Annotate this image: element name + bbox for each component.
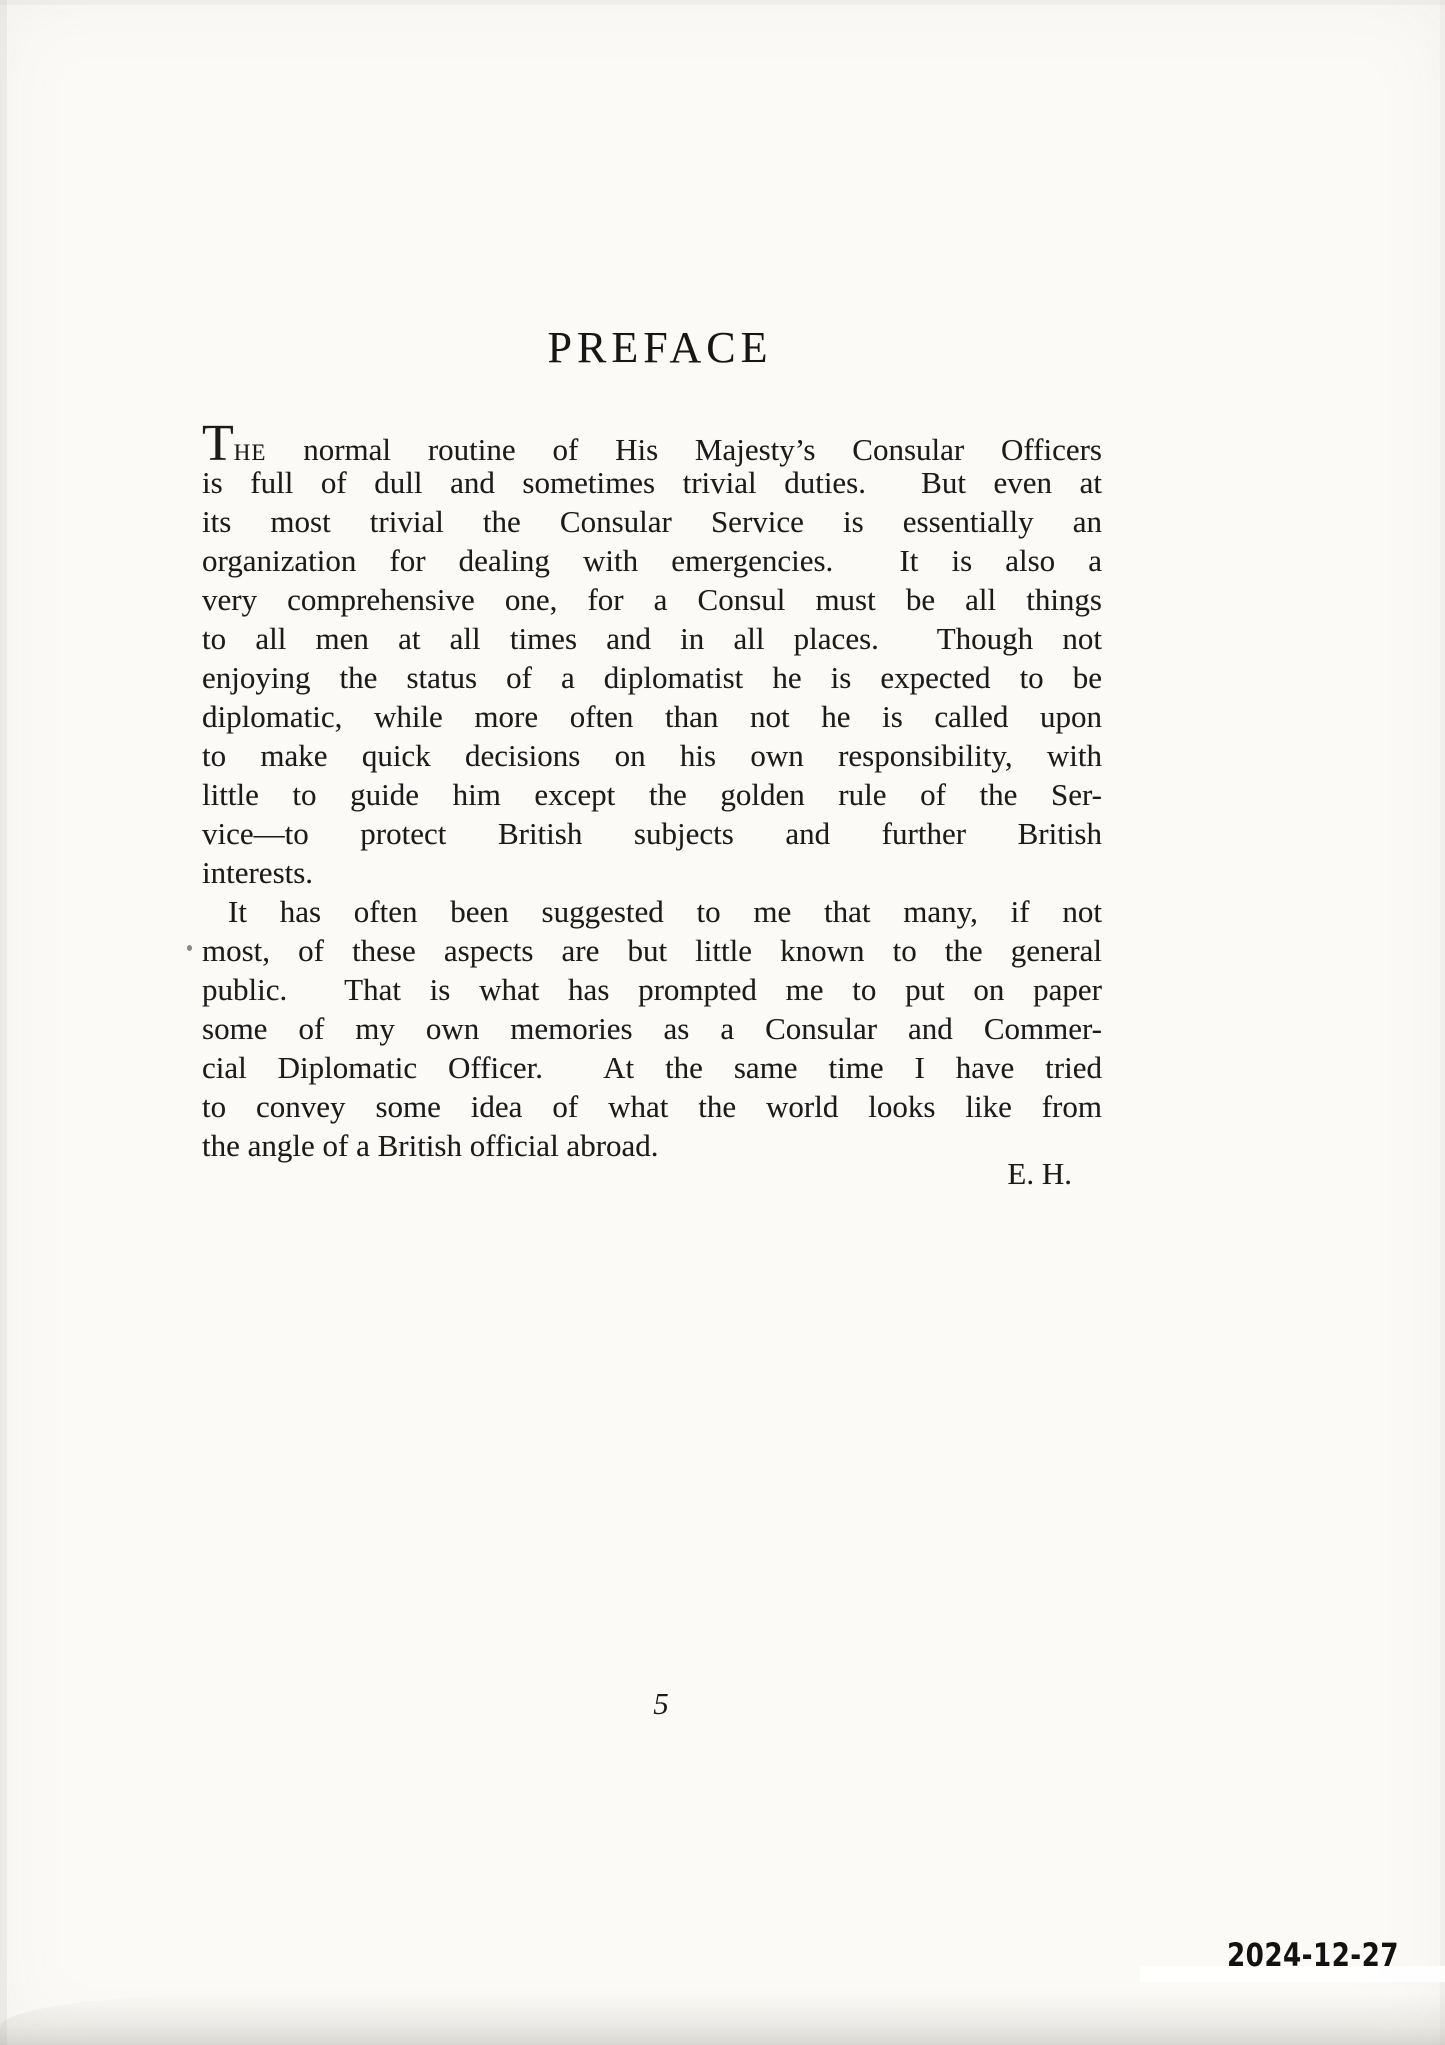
text-line: cial Diplomatic Officer. At the same tim…: [202, 1048, 1102, 1087]
text-line: to all men at all times and in all place…: [202, 619, 1102, 658]
scan-edge-left: [0, 0, 7, 2045]
author-initials: E. H.: [202, 1154, 1102, 1193]
scanned-page: PREFACE THE normal routine of His Majest…: [0, 0, 1445, 2045]
text-line: to make quick decisions on his own respo…: [202, 736, 1102, 775]
preface-text: THE normal routine of His Majesty’s Cons…: [202, 424, 1102, 1165]
text-line: diplomatic, while more often than not he…: [202, 697, 1102, 736]
text-line: is full of dull and sometimes trivial du…: [202, 463, 1102, 502]
text-line: vice—to protect British subjects and fur…: [202, 814, 1102, 853]
scan-bottom-shadow: [0, 1993, 1445, 2045]
text-line: most, of these aspects are but little kn…: [202, 931, 1102, 970]
page-number: 5: [0, 1686, 1322, 1722]
date-stamp: 2024-12-27: [1227, 1936, 1399, 1974]
text-line: its most trivial the Consular Service is…: [202, 502, 1102, 541]
text-line: interests.: [202, 853, 1102, 892]
text-line: very comprehensive one, for a Consul mus…: [202, 580, 1102, 619]
text-line: little to guide him except the golden ru…: [202, 775, 1102, 814]
scan-speck: [187, 945, 192, 951]
text-line: to convey some idea of what the world lo…: [202, 1087, 1102, 1126]
scan-edge-top: [0, 0, 1445, 5]
page-title: PREFACE: [0, 322, 1320, 373]
text-line: some of my own memories as a Consular an…: [202, 1009, 1102, 1048]
small-caps: HE: [234, 440, 267, 465]
scan-edge-right: [1440, 0, 1445, 2045]
text-line: THE normal routine of His Majesty’s Cons…: [202, 424, 1102, 463]
text-line: public. That is what has prompted me to …: [202, 970, 1102, 1009]
text-line: enjoying the status of a diplomatist he …: [202, 658, 1102, 697]
line-rest: normal routine of His Majesty’s Consular…: [266, 432, 1102, 467]
text-line: It has often been suggested to me that m…: [202, 892, 1102, 931]
text-line: organization for dealing with emergencie…: [202, 541, 1102, 580]
